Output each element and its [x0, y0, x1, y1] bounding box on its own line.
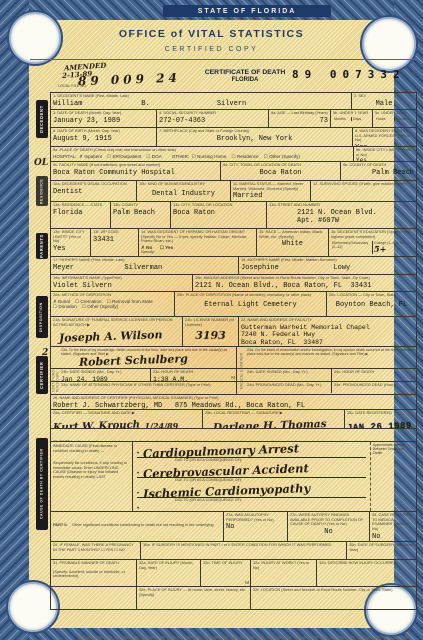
part1-instruction-text: Enter the diseases, injuries, or complic… — [78, 439, 411, 441]
field-label: 21b. LICENSE NUMBER (of Licensee) — [185, 318, 236, 327]
field-label: 21a. SIGNATURE OF FUNERAL SERVICE LICENS… — [53, 318, 180, 327]
certifier-dates: 23b. DATE SIGNED (Mo., Day, Yr.) Jan 24,… — [51, 368, 236, 381]
field-label: 24c. HOUR OF DEATH — [334, 370, 414, 375]
field-ssn: 4. SOCIAL SECURITY NUMBER 272-07-4363 — [157, 110, 269, 127]
field-informant-name: 19a. INFORMANT'S NAME (Type/Print) Viole… — [51, 275, 193, 291]
row-birth: 6. DATE OF BIRTH (Month, Day, Year) Augu… — [51, 128, 416, 147]
field-injury-date: 32a. DATE OF INJURY (Month, Day, Year) — [137, 560, 201, 586]
funeral-licensee-signature: Joseph A. Wilson — [59, 330, 163, 345]
field-specify-label: Specify: — [141, 250, 254, 255]
field-label: 10a. DECEDENT'S USUAL OCCUPATION — [53, 182, 134, 187]
row-informant: 19a. INFORMANT'S NAME (Type/Print) Viole… — [51, 275, 416, 292]
interval-label: Approximate Interval Between Onset and D… — [373, 443, 414, 456]
field-label: 27a. WAS AN AUTOPSY PERFORMED? (Yes or N… — [226, 513, 285, 522]
field-value: Jan 24, 1989 — [61, 376, 148, 381]
line-bullet: • — [137, 471, 139, 477]
field-label: 32b. TIME OF INJURY — [203, 561, 248, 566]
border-left — [0, 0, 29, 640]
field-residence-city: 13c. CITY, TOWN, OR LOCATION Boca Raton — [171, 202, 267, 228]
subcell-days: Days — [351, 117, 370, 121]
field-label: 9e. COUNTY OF DEATH — [343, 163, 414, 168]
field-me-date-signed: 24b. DATE SIGNED (Mo., Day, Yr.) — [237, 369, 332, 381]
field-label: 26. NAME AND ADDRESS OF CERTIFIER (PHYSI… — [53, 396, 414, 401]
office-title: OFFICE of VITAL STATISTICS — [0, 28, 423, 40]
local-registrar-signature: Darlene H. Thomas — [213, 419, 327, 428]
row-name-sex: 1. DECEDENT'S NAME (First, Middle, Last)… — [51, 93, 416, 110]
examiner-dates: 24b. DATE SIGNED (Mo., Day, Yr.) 24c. HO… — [237, 368, 416, 381]
date-registered-stamp: JAN 26 1989 — [347, 421, 412, 428]
field-value: No — [290, 528, 367, 536]
field-label: 32c. INJURY AT WORK? (Yes or No) — [253, 561, 314, 570]
field-value: 33431 — [93, 236, 136, 244]
death-certificate-scan: { "header": { "banner": "STATE OF FLORID… — [0, 0, 423, 640]
field-label: 27b. WERE AUTOPSY FINDINGS AVAILABLE PRI… — [290, 513, 367, 527]
field-funeral-licensee-signature: 21a. SIGNATURE OF FUNERAL SERVICE LICENS… — [51, 317, 183, 346]
row-death-date: 3. DATE OF DEATH (Month, Day, Year) Janu… — [51, 110, 416, 128]
field-father-name: 17. FATHER'S NAME (First, Middle, Last) … — [51, 257, 239, 274]
field-label: 18. MOTHER'S NAME (First, Middle, Maiden… — [241, 258, 414, 263]
field-label: 6. DATE OF BIRTH (Month, Day, Year) — [53, 129, 154, 134]
field-label: 13b. COUNTY — [113, 203, 168, 208]
field-me-hour-of-death: 24c. HOUR OF DEATH M — [332, 369, 416, 381]
bottom-cutoff-text — [78, 636, 408, 639]
field-value: Boca Raton — [173, 209, 264, 217]
tab-cause-of-death: CAUSE OF DEATH BY CERTIFIER — [36, 438, 48, 530]
field-value: Boca Raton Community Hospital — [53, 169, 218, 177]
field-armed-forces: 8. WAS DECEDENT EVER IN U.S. ARMED FORCE… — [353, 128, 416, 146]
field-value: Gutterman Warheit Memorial Chapel 7240 N… — [241, 324, 414, 346]
field-pregnancy: 29. IF FEMALE, WAS THERE A PREGNANCY IN … — [51, 542, 141, 559]
field-zip-code: 13f. ZIP CODE 33431 — [91, 229, 139, 256]
part1-instructions: 28. PART I. Enter the diseases, injuries… — [51, 429, 416, 441]
field-label: 15. RACE — American Indian, Black, White… — [259, 230, 326, 239]
subcells: Hours Minutes — [375, 117, 414, 121]
row-occupation: 10a. DECEDENT'S USUAL OCCUPATION Dentist… — [51, 181, 416, 202]
field-value: Yes — [355, 144, 414, 146]
field-value: 2121 N. Ocean Blvd. Apt. #607W — [269, 209, 414, 225]
field-surgery-condition: 30a. IF SURGERY IS MENTIONED IN PART I o… — [141, 542, 347, 559]
field-label: 5a. AGE — Last Birthday (Years) — [271, 111, 328, 116]
field-value: Yes — [53, 245, 88, 253]
field-label: 28. CASE REPORTED TO MEDICAL EXAMINER? (… — [372, 513, 414, 532]
row-causes: IMMEDIATE CAUSE (Final disease or condit… — [51, 442, 416, 512]
tab-certifier: CERTIFIER — [36, 356, 48, 394]
field-certifier-signature: 25a. CERTIFIER — SIGNATURE AND DATE ▶ Ku… — [51, 410, 203, 428]
field-label: 19b. MAILING ADDRESS (Street and Number … — [195, 276, 414, 281]
field-value: Dental Industry — [139, 190, 228, 198]
field-value: Eternal Light Cemetery — [177, 301, 324, 309]
field-value: Yes — [356, 158, 414, 161]
field-injury-location: 32f. LOCATION (Street and Number or Rura… — [251, 587, 416, 609]
interval-column: Approximate Interval Between Onset and D… — [370, 442, 416, 511]
field-value: No — [372, 533, 414, 541]
field-certifier-name-address: 26. NAME AND ADDRESS OF CERTIFIER (PHYSI… — [51, 395, 416, 409]
field-date-of-birth: 6. DATE OF BIRTH (Month, Day, Year) Augu… — [51, 128, 157, 146]
field-method-of-disposition: 20a. METHOD OF DISPOSITION ✗ Burial ☐ Cr… — [51, 292, 175, 316]
field-label: 12. SURVIVING SPOUSE (If wife, give maid… — [313, 182, 414, 187]
field-date-signed: 23b. DATE SIGNED (Mo., Day, Yr.) Jan 24,… — [51, 369, 151, 381]
field-label: 32f. LOCATION (Street and Number or Rura… — [253, 588, 414, 593]
corner-medallion-top-right — [362, 17, 416, 71]
field-education: 16. DECEDENT'S EDUCATION (Specify only h… — [329, 229, 416, 256]
row-part1-header: 28. PART I. Enter the diseases, injuries… — [51, 429, 416, 442]
field-label: 1. DECEDENT'S NAME (First, Middle, Last) — [53, 94, 349, 99]
certificate-title-text: CERTIFICATE OF DEATH — [185, 69, 305, 77]
field-value: 272-07-4363 — [159, 117, 266, 125]
field-label: 23d. NAME OF ATTENDING PHYSICIAN IF OTHE… — [61, 383, 234, 388]
field-label: 20a. METHOD OF DISPOSITION — [53, 293, 172, 298]
certified-copy-label: CERTIFIED COPY — [0, 46, 423, 53]
field-birthplace: 7. BIRTHPLACE (City and State or Foreign… — [157, 128, 353, 146]
margin-note-two: 2 — [42, 348, 48, 358]
field-surviving-spouse: 12. SURVIVING SPOUSE (If wife, give maid… — [311, 181, 416, 201]
field-place-of-injury: 32e. PLACE OF INJURY — At home, farm, st… — [137, 587, 251, 609]
field-value: White — [259, 240, 326, 248]
field-hispanic-origin: 14. WAS DECEDENT OF HISPANIC OR HAITIAN … — [139, 229, 257, 256]
field-label: 30b. DATE OF SURGERY (Mo., Day, Year) — [349, 543, 414, 552]
field-reported-to-examiner: 28. CASE REPORTED TO MEDICAL EXAMINER? (… — [370, 512, 416, 541]
field-sublabel: (Specify: Accident, suicide or homicide,… — [53, 570, 134, 579]
subcell-college: College (1–4 or 5+) 5+ — [372, 241, 414, 253]
field-label: 30a. IF SURGERY IS MENTIONED IN PART I o… — [143, 543, 344, 548]
tab-disposition: DISPOSITION — [36, 296, 48, 338]
certificate-subtitle: FLORIDA — [185, 77, 305, 85]
field-label: 25b. LOCAL REGISTRAR — SIGNATURE ▶ — [205, 411, 342, 416]
sequential-conditions-label: Sequentially list conditions, if any, le… — [53, 461, 130, 479]
field-label: 23b. DATE SIGNED (Mo., Day, Yr.) — [61, 370, 148, 375]
field-residence-state: 13a. RESIDENCE — STATE Florida — [51, 202, 111, 228]
field-label: 20c. LOCATION — City or Town, State — [329, 293, 414, 298]
row-injury-location: 32e. PLACE OF INJURY — At home, farm, st… — [51, 587, 416, 609]
field-label: 24b. DATE SIGNED (Mo., Day, Yr.) — [247, 370, 329, 375]
field-sex: 2. SEX Male — [352, 93, 416, 109]
certificate-form: 1. DECEDENT'S NAME (First, Middle, Last)… — [50, 92, 417, 610]
field-license-number: 21b. LICENSE NUMBER (of Licensee) 3193 — [183, 317, 239, 346]
field-label: 32a. DATE OF INJURY (Month, Day, Year) — [139, 561, 198, 570]
field-label: 32e. PLACE OF INJURY — At home, farm, st… — [139, 588, 248, 597]
spacer-cell — [51, 587, 137, 609]
line-bullet: • — [137, 491, 139, 497]
meridiem-mark: M — [411, 375, 415, 380]
tab-residence: RESIDENCE — [36, 176, 48, 206]
field-injury-description: 32d. DESCRIBE HOW INJURY OCCURRED — [317, 560, 416, 586]
row-certifier: CERTIFYING PHYSICIAN 23a. To the best of… — [51, 347, 416, 395]
field-label: 32d. DESCRIBE HOW INJURY OCCURRED — [319, 561, 414, 566]
header-divider — [30, 59, 415, 60]
field-label: 5b. UNDER 1 YEAR — [333, 111, 370, 116]
field-mother-name: 18. MOTHER'S NAME (First, Middle, Maiden… — [239, 257, 416, 274]
field-facility-name: 9c. FACILITY NAME (If not institution, g… — [51, 162, 221, 180]
medical-examiner-block: MEDICAL EXAMINER 24a. On the basis of ex… — [237, 347, 416, 394]
row-certifier-name: 26. NAME AND ADDRESS OF CERTIFIER (PHYSI… — [51, 395, 416, 410]
education-value: 5+ — [374, 244, 386, 254]
field-surgery-date: 30b. DATE OF SURGERY (Mo., Day, Year) — [347, 542, 416, 559]
row-manner-injury: 31. PROBABLE MANNER OF DEATH (Specify: A… — [51, 560, 416, 587]
field-funeral-facility: 22. NAME AND ADDRESS OF FACILITY Gutterm… — [239, 317, 416, 346]
certifier-signature-date: 1/24/89 — [144, 421, 178, 428]
field-label: 24a. On the basis of examination and/or … — [237, 347, 416, 368]
certifier-signature: Kurt W. Krouch — [53, 420, 140, 428]
education-subcells: Elementary/Secondary (0–12) College (1–4… — [331, 241, 414, 253]
field-label: 2. SEX — [354, 94, 414, 99]
field-value: Married — [233, 192, 308, 200]
field-value: William B. Silvern — [53, 100, 349, 108]
field-race: 15. RACE — American Indian, Black, White… — [257, 229, 329, 256]
row-disposition: 20a. METHOD OF DISPOSITION ✗ Burial ☐ Cr… — [51, 292, 416, 317]
field-age: 5a. AGE — Last Birthday (Years) 73 — [269, 110, 331, 127]
field-label: 24e. PRONOUNCED DEAD (Hour) — [334, 383, 414, 388]
subcell-hours: Hours — [375, 117, 394, 121]
row-funeral-service: 21a. SIGNATURE OF FUNERAL SERVICE LICENS… — [51, 317, 416, 347]
meridiem-mark: M — [411, 387, 415, 392]
field-value: Dentist — [53, 188, 134, 196]
immediate-cause-label: IMMEDIATE CAUSE (Final disease or condit… — [53, 444, 130, 453]
field-hour-of-death: 23c. HOUR OF DEATH 1:38 A.M. M — [151, 369, 236, 381]
field-local-registrar-signature: 25b. LOCAL REGISTRAR — SIGNATURE ▶ Darle… — [203, 410, 345, 428]
field-marital-status: 11. MARITAL STATUS — Married, Never Marr… — [231, 181, 311, 201]
certificate-serial-number: 89 007332 — [292, 68, 406, 81]
subcell-months: Months — [333, 117, 351, 121]
field-value: Josephine Lowy — [241, 264, 414, 272]
attending-physician-row: 23d. NAME OF ATTENDING PHYSICIAN IF OTHE… — [51, 381, 236, 393]
field-value: ✗ Burial ☐ Cremation ☐ Removal from Stat… — [53, 299, 172, 310]
subcells: Months Days — [333, 117, 370, 121]
field-label: 9a. PLACE OF DEATH (Check only one; see … — [53, 148, 351, 153]
field-label: 13a. RESIDENCE — STATE — [53, 203, 108, 208]
row-demographics: 13e. INSIDE CITY LIMITS? (Yes or No) Yes… — [51, 229, 416, 257]
row-place-of-death: 9a. PLACE OF DEATH (Check only one; see … — [51, 147, 416, 162]
license-number-value: 3193 — [185, 330, 236, 342]
row-parents: 17. FATHER'S NAME (First, Middle, Last) … — [51, 257, 416, 275]
field-residence-city-limits: 13e. INSIDE CITY LIMITS? (Yes or No) Yes — [51, 229, 91, 256]
field-label: 13d. STREET AND NUMBER — [269, 203, 414, 208]
cause-lines-column: • Cardiopulmonary Arrest DUE TO (OR AS A… — [133, 442, 370, 511]
state-banner-text: STATE OF FLORIDA — [198, 8, 297, 15]
cause-line-c: • Ischemic Cardiomyopathy — [137, 484, 366, 498]
part2-number: PART II. — [53, 522, 68, 527]
field-label: 29. IF FEMALE, WAS THERE A PREGNANCY IN … — [53, 543, 138, 552]
field-label: 17. FATHER'S NAME (First, Middle, Last) — [53, 258, 236, 263]
field-value: Palm Beach — [343, 169, 414, 177]
field-part2: PART II. Other significant conditions co… — [51, 512, 224, 541]
cause-line-d: • — [137, 504, 366, 512]
cause-line-b: • Cerebrovascular Accident — [137, 464, 366, 478]
subcell-minutes: Minutes — [394, 117, 414, 121]
field-label: 19a. INFORMANT'S NAME (Type/Print) — [53, 276, 190, 281]
field-disposition-location: 20c. LOCATION — City or Town, State Boyn… — [327, 292, 416, 316]
subcell-elementary: Elementary/Secondary (0–12) — [331, 241, 372, 253]
row-facility: 9c. FACILITY NAME (If not institution, g… — [51, 162, 416, 181]
field-label: 31. PROBABLE MANNER OF DEATH — [53, 561, 134, 566]
field-pronounced-dead-hour: 24e. PRONOUNCED DEAD (Hour) M — [332, 382, 416, 393]
field-residence-county: 13b. COUNTY Palm Beach — [111, 202, 171, 228]
field-injury-time: 32b. TIME OF INJURY M — [201, 560, 251, 586]
field-value: Palm Beach — [113, 209, 168, 217]
row-signatures: 25a. CERTIFIER — SIGNATURE AND DATE ▶ Ku… — [51, 410, 416, 429]
field-label: 7. BIRTHPLACE (City and State or Foreign… — [159, 129, 350, 134]
field-label: 8. WAS DECEDENT EVER IN U.S. ARMED FORCE… — [355, 129, 414, 143]
field-value: 2121 N. Ocean Blvd., Boca Raton, FL 3343… — [195, 282, 414, 290]
field-place-of-death: 9a. PLACE OF DEATH (Check only one; see … — [51, 147, 354, 161]
field-label: 13f. ZIP CODE — [93, 230, 136, 235]
field-date-of-death: 3. DATE OF DEATH (Month, Day, Year) Janu… — [51, 110, 157, 127]
local-file-label: LOCAL FILE NO. — [58, 84, 87, 88]
field-value: Violet Silvern — [53, 282, 190, 290]
field-value: Boca Raton — [223, 169, 338, 177]
field-value: January 23, 1989 — [53, 117, 154, 125]
field-label: 20b. PLACE OF DISPOSITION (Name of cemet… — [177, 293, 324, 298]
field-label: 11. MARITAL STATUS — Married, Never Marr… — [233, 182, 308, 191]
field-label: 25c. DATE REGISTERED — [347, 411, 414, 416]
margin-note-ol: OL — [34, 158, 48, 168]
field-value: 1:38 A.M. — [153, 376, 234, 381]
field-label: 23c. HOUR OF DEATH — [153, 370, 234, 375]
field-attending-physician: 23d. NAME OF ATTENDING PHYSICIAN IF OTHE… — [51, 382, 236, 393]
pronounced-dead-row: 24d. PRONOUNCED DEAD (Mo., Day, Yr.) 24e… — [237, 381, 416, 393]
meridiem-mark: M — [245, 580, 249, 585]
field-decedent-name: 1. DECEDENT'S NAME (First, Middle, Last)… — [51, 93, 352, 109]
field-value: Brooklyn, New York — [159, 135, 350, 143]
field-manner-of-death: 31. PROBABLE MANNER OF DEATH (Specify: A… — [51, 560, 137, 586]
field-value: Florida — [53, 209, 108, 217]
field-inside-city-limits-death: 9b. INSIDE CITY LIMITS? (Yes or No) Yes — [354, 147, 416, 161]
field-autopsy-findings: 27b. WERE AUTOPSY FINDINGS AVAILABLE PRI… — [288, 512, 370, 541]
field-under-1-day: 5c. UNDER 1 DAY Hours Minutes — [373, 110, 416, 127]
field-mailing-address: 19b. MAILING ADDRESS (Street and Number … — [193, 275, 416, 291]
certificate-title: CERTIFICATE OF DEATH FLORIDA — [185, 69, 305, 85]
field-pronounced-dead-date: 24d. PRONOUNCED DEAD (Mo., Day, Yr.) — [237, 382, 332, 393]
field-label: 3. DATE OF DEATH (Month, Day, Year) — [53, 111, 154, 116]
cause-line-a: • Cardiopulmonary Arrest — [137, 444, 366, 458]
part2-instruction-text: Other significant conditions contributin… — [53, 522, 214, 541]
field-county-of-death: 9e. COUNTY OF DEATH Palm Beach — [341, 162, 416, 180]
row-residence: 13a. RESIDENCE — STATE Florida 13b. COUN… — [51, 202, 416, 229]
field-label: 4. SOCIAL SECURITY NUMBER — [159, 111, 266, 116]
certifying-physician-block: CERTIFYING PHYSICIAN 23a. To the best of… — [51, 347, 237, 394]
field-value: HOSPITAL: ✗ Inpatient ☐ ER/Outpatient ☐ … — [53, 154, 351, 159]
field-industry: 10b. KIND OF BUSINESS/INDUSTRY Dental In… — [137, 181, 231, 201]
tab-decedent: DECEDENT — [36, 100, 48, 138]
row-pregnancy-surgery: 29. IF FEMALE, WAS THERE A PREGNANCY IN … — [51, 542, 416, 560]
field-city-of-death: 9d. CITY, TOWN, OR LOCATION OF DEATH Boc… — [221, 162, 341, 180]
field-date-registered: 25c. DATE REGISTERED JAN 26 1989 — [345, 410, 416, 428]
field-autopsy-performed: 27a. WAS AN AUTOPSY PERFORMED? (Yes or N… — [224, 512, 288, 541]
line-bullet: • — [137, 451, 139, 457]
field-value: Male — [354, 100, 414, 108]
field-label: 5c. UNDER 1 DAY — [375, 111, 414, 116]
field-occupation: 10a. DECEDENT'S USUAL OCCUPATION Dentist — [51, 181, 137, 201]
state-banner: STATE OF FLORIDA — [163, 5, 331, 17]
field-value: Meyer Silverman — [53, 264, 236, 272]
field-value: 73 — [271, 117, 328, 125]
field-value: No — [226, 523, 285, 531]
field-value: August 9, 1915 — [53, 135, 154, 143]
meridiem-mark: M — [231, 375, 235, 380]
field-place-of-disposition: 20b. PLACE OF DISPOSITION (Name of cemet… — [175, 292, 327, 316]
field-under-1-year: 5b. UNDER 1 YEAR Months Days — [331, 110, 373, 127]
field-label: 10b. KIND OF BUSINESS/INDUSTRY — [139, 182, 228, 187]
cause-labels-column: IMMEDIATE CAUSE (Final disease or condit… — [51, 442, 133, 511]
field-label: 22. NAME AND ADDRESS OF FACILITY — [241, 318, 414, 323]
field-label: 16. DECEDENT'S EDUCATION (Specify only h… — [331, 230, 414, 239]
field-value: Boynton Beach, FL — [329, 301, 414, 309]
field-label: 13e. INSIDE CITY LIMITS? (Yes or No) — [53, 230, 88, 244]
field-label: 9d. CITY, TOWN, OR LOCATION OF DEATH — [223, 163, 338, 168]
field-injury-at-work: 32c. INJURY AT WORK? (Yes or No) — [251, 560, 317, 586]
field-label: 9c. FACILITY NAME (If not institution, g… — [53, 163, 218, 168]
field-value: Robert J. Schwartzberg, MD 875 Meadows R… — [53, 402, 414, 409]
field-label: 13c. CITY, TOWN, OR LOCATION — [173, 203, 264, 208]
field-label: 9b. INSIDE CITY LIMITS? (Yes or No) — [356, 148, 414, 157]
field-residence-street: 13d. STREET AND NUMBER 2121 N. Ocean Blv… — [267, 202, 416, 228]
field-label: 25a. CERTIFIER — SIGNATURE AND DATE ▶ — [53, 411, 200, 416]
field-label: 14. WAS DECEDENT OF HISPANIC OR HAITIAN … — [141, 230, 254, 244]
field-label: 24d. PRONOUNCED DEAD (Mo., Day, Yr.) — [247, 383, 329, 388]
tab-parents: PARENTS — [36, 233, 48, 259]
row-part2-autopsy: PART II. Other significant conditions co… — [51, 512, 416, 542]
part1-number: 28. PART I. — [53, 439, 73, 441]
